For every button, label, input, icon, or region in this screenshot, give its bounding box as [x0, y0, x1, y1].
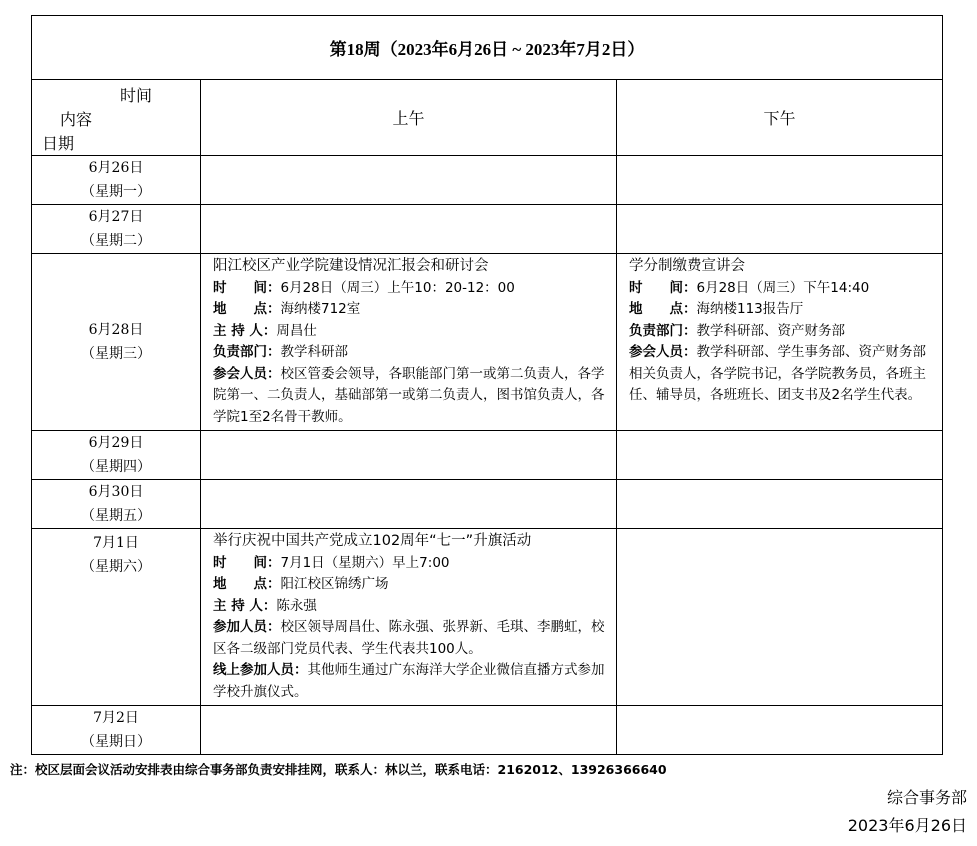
morning-cell — [201, 480, 617, 529]
date-text: 6月27日 — [32, 205, 200, 229]
weekday-text: （星期五） — [32, 504, 200, 528]
afternoon-cell — [617, 205, 943, 254]
online-label: 线上参加人员： — [213, 662, 308, 678]
corner-content-label: 内容 — [60, 107, 92, 130]
header-corner: 时间 内容 日期 — [32, 80, 201, 156]
host-label: 主 持 人： — [213, 323, 276, 339]
host-value: 陈永强 — [276, 598, 317, 614]
signature-date: 2023年6月26日 — [848, 813, 967, 836]
date-text: 6月28日 — [32, 318, 200, 342]
day-row: 6月30日（星期五） — [32, 480, 943, 529]
date-cell: 6月30日（星期五） — [32, 480, 201, 529]
weekly-schedule-table: 第18周（2023年6月26日 ~ 2023年7月2日） 时间 内容 日期 上午… — [31, 15, 943, 755]
event-time: 时 间：7月1日（星期六）早上7:00 — [213, 553, 606, 575]
afternoon-cell — [617, 156, 943, 205]
day-row: 6月28日（星期三） 阳江校区产业学院建设情况汇报会和研讨会 时 间：6月28日… — [32, 254, 943, 431]
date-text: 6月29日 — [32, 431, 200, 455]
event-online: 线上参加人员：其他师生通过广东海洋大学企业微信直播方式参加学校升旗仪式。 — [213, 660, 606, 703]
date-text: 7月1日 — [32, 531, 200, 555]
place-value: 阳江校区锦绣广场 — [281, 576, 389, 592]
weekday-text: （星期二） — [32, 229, 200, 253]
date-cell: 6月27日（星期二） — [32, 205, 201, 254]
time-label: 时 间： — [213, 555, 281, 571]
event-title: 学分制缴费宣讲会 — [629, 256, 932, 278]
place-label: 地 点： — [629, 301, 697, 317]
morning-cell — [201, 706, 617, 755]
weekday-text: （星期四） — [32, 455, 200, 479]
event-attendees: 参会人员：校区管委会领导，各职能部门第一或第二负责人，各学院第一、二负责人，基础… — [213, 364, 606, 429]
place-value: 海纳楼113报告厅 — [697, 301, 804, 317]
time-value: 6月28日（周三）上午10：20-12：00 — [281, 280, 515, 296]
attendees-label: 参会人员： — [213, 366, 281, 382]
event-place: 地 点：海纳楼712室 — [213, 299, 606, 321]
place-label: 地 点： — [213, 301, 281, 317]
time-label: 时 间： — [213, 280, 281, 296]
date-text: 6月26日 — [32, 156, 200, 180]
day-row: 6月26日（星期一） — [32, 156, 943, 205]
event-time: 时 间：6月28日（周三）上午10：20-12：00 — [213, 278, 606, 300]
participants-label: 参加人员： — [213, 619, 281, 635]
signature-department: 综合事务部 — [887, 785, 967, 808]
event-dept: 负责部门：教学科研部 — [213, 342, 606, 364]
afternoon-cell — [617, 480, 943, 529]
dept-value: 教学科研部 — [281, 344, 349, 360]
weekday-text: （星期一） — [32, 180, 200, 204]
afternoon-cell — [617, 529, 943, 706]
event-host: 主 持 人：陈永强 — [213, 596, 606, 618]
corner-date-label: 日期 — [42, 131, 74, 154]
place-value: 海纳楼712室 — [281, 301, 361, 317]
time-label: 时 间： — [629, 280, 697, 296]
place-label: 地 点： — [213, 576, 281, 592]
dept-label: 负责部门： — [213, 344, 281, 360]
schedule-title: 第18周（2023年6月26日 ~ 2023年7月2日） — [32, 16, 943, 80]
event-attendees: 参会人员：教学科研部、学生事务部、资产财务部相关负责人，各学院书记，各学院教务员… — [629, 342, 932, 407]
time-value: 6月28日（周三）下午14:40 — [697, 280, 870, 296]
morning-cell: 举行庆祝中国共产党成立102周年“七一”升旗活动 时 间：7月1日（星期六）早上… — [201, 529, 617, 706]
morning-cell — [201, 205, 617, 254]
weekday-text: （星期六） — [32, 555, 200, 579]
event-title: 举行庆祝中国共产党成立102周年“七一”升旗活动 — [213, 531, 606, 553]
day-row: 7月1日（星期六） 举行庆祝中国共产党成立102周年“七一”升旗活动 时 间：7… — [32, 529, 943, 706]
date-text: 6月30日 — [32, 480, 200, 504]
date-cell: 7月2日（星期日） — [32, 706, 201, 755]
afternoon-cell — [617, 706, 943, 755]
attendees-label: 参会人员： — [629, 344, 697, 360]
day-row: 6月29日（星期四） — [32, 431, 943, 480]
afternoon-cell — [617, 431, 943, 480]
event-time: 时 间：6月28日（周三）下午14:40 — [629, 278, 932, 300]
morning-cell: 阳江校区产业学院建设情况汇报会和研讨会 时 间：6月28日（周三）上午10：20… — [201, 254, 617, 431]
date-cell: 6月29日（星期四） — [32, 431, 201, 480]
morning-cell — [201, 156, 617, 205]
dept-value: 教学科研部、资产财务部 — [697, 323, 846, 339]
host-value: 周昌仕 — [276, 323, 317, 339]
date-cell: 6月26日（星期一） — [32, 156, 201, 205]
weekday-text: （星期三） — [32, 342, 200, 366]
footer-note: 注：校区层面会议活动安排表由综合事务部负责安排挂网，联系人：林以兰，联系电话：2… — [10, 760, 667, 778]
time-value: 7月1日（星期六）早上7:00 — [281, 555, 450, 571]
weekday-text: （星期日） — [32, 730, 200, 754]
event-title: 阳江校区产业学院建设情况汇报会和研讨会 — [213, 256, 606, 278]
dept-label: 负责部门： — [629, 323, 697, 339]
morning-cell — [201, 431, 617, 480]
header-afternoon: 下午 — [617, 80, 943, 156]
host-label: 主 持 人： — [213, 598, 276, 614]
day-row: 7月2日（星期日） — [32, 706, 943, 755]
header-morning: 上午 — [201, 80, 617, 156]
event-place: 地 点：阳江校区锦绣广场 — [213, 574, 606, 596]
event-participants: 参加人员：校区领导周昌仕、陈永强、张界新、毛琪、李鹏虹，校区各二级部门党员代表、… — [213, 617, 606, 660]
event-dept: 负责部门：教学科研部、资产财务部 — [629, 321, 932, 343]
corner-time-label: 时间 — [120, 83, 152, 106]
date-cell: 6月28日（星期三） — [32, 254, 201, 431]
day-row: 6月27日（星期二） — [32, 205, 943, 254]
event-place: 地 点：海纳楼113报告厅 — [629, 299, 932, 321]
afternoon-cell: 学分制缴费宣讲会 时 间：6月28日（周三）下午14:40 地 点：海纳楼113… — [617, 254, 943, 431]
date-text: 7月2日 — [32, 706, 200, 730]
date-cell: 7月1日（星期六） — [32, 529, 201, 706]
event-host: 主 持 人：周昌仕 — [213, 321, 606, 343]
